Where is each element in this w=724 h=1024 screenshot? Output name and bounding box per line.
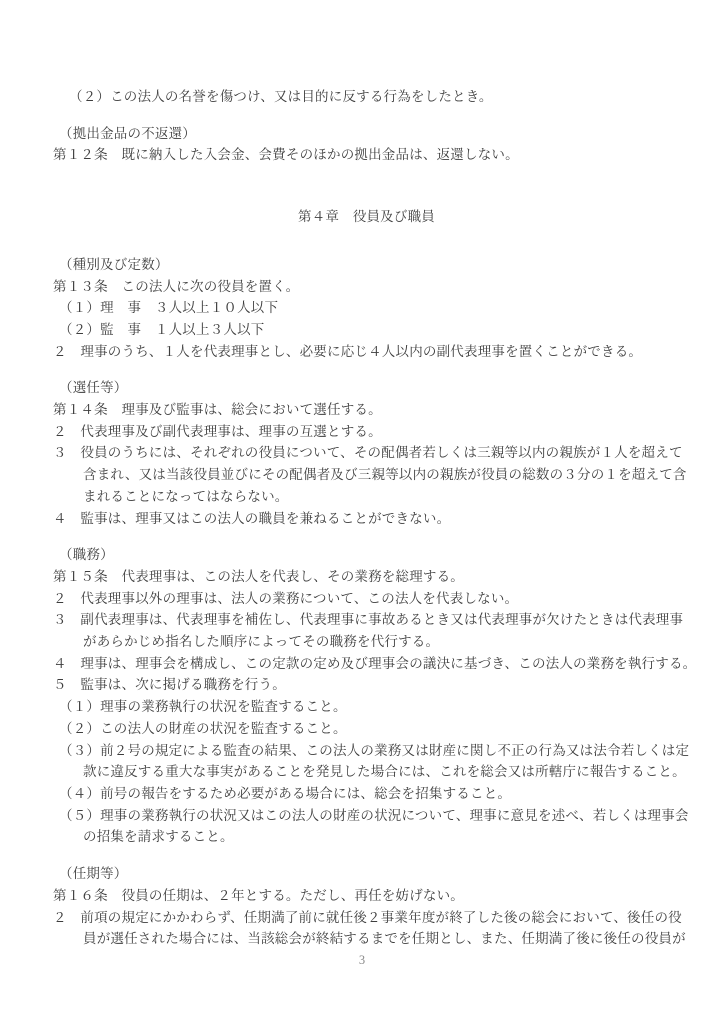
paragraph-line: ３ 役員のうちには、それぞれの役員について、その配偶者若しくは三親等以内の親族が…	[53, 442, 680, 464]
paragraph-line: ４ 理事は、理事会を構成し、この定款の定め及び理事会の議決に基づき、この法人の業…	[53, 653, 680, 675]
item-line: （１）理事の業務執行の状況を監査すること。	[59, 696, 680, 718]
article-line: 第１４条 理事及び監事は、総会において選任する。	[53, 399, 680, 421]
paragraph-line: ２ 前項の規定にかかわらず、任期満了前に就任後２事業年度が終了した後の総会におい…	[53, 907, 680, 929]
item-line: （３）前２号の規定による監査の結果、この法人の業務又は財産に関し不正の行為又は法…	[59, 740, 680, 762]
document-page: （２）この法人の名誉を傷つけ、又は目的に反する行為をしたとき。（拠出金品の不返還…	[0, 0, 724, 1024]
article-line: 第１３条 この法人に次の役員を置く。	[53, 276, 680, 298]
item-line: （５）理事の業務執行の状況又はこの法人の財産の状況について、理事に意見を述べ、若…	[59, 805, 680, 827]
item-line: （１）理 事 ３人以上１０人以下	[59, 297, 680, 319]
paragraph-continuation-line: まれることになってはならない。	[53, 486, 680, 508]
item-line: （２）監 事 １人以上３人以下	[59, 319, 680, 341]
paragraph-continuation-line: があらかじめ指名した順序によってその職務を代行する。	[53, 631, 680, 653]
paragraph-continuation-line: 員が選任された場合には、当該総会が終結するまでを任期とし、また、任期満了後に後任…	[53, 928, 680, 950]
document-body: （２）この法人の名誉を傷つけ、又は目的に反する行為をしたとき。（拠出金品の不返還…	[0, 0, 724, 950]
section-caption: （拠出金品の不返還）	[59, 123, 680, 145]
paragraph-line: ２ 代表理事以外の理事は、法人の業務について、この法人を代表しない。	[53, 588, 680, 610]
chapter-heading: 第４章 役員及び職員	[53, 206, 680, 228]
item-line: （２）この法人の財産の状況を監査すること。	[59, 718, 680, 740]
item-continuation-line: 款に違反する重大な事実があることを発見した場合には、これを総会又は所轄庁に報告す…	[59, 761, 680, 783]
section-caption: （選任等）	[59, 377, 680, 399]
paragraph-line: ３ 副代表理事は、代表理事を補佐し、代表理事に事故あるとき又は代表理事が欠けたと…	[53, 609, 680, 631]
item-continuation-line: の招集を請求すること。	[59, 826, 680, 848]
item-line: （２）この法人の名誉を傷つけ、又は目的に反する行為をしたとき。	[69, 86, 680, 108]
page-number: 3	[0, 951, 724, 969]
section-caption: （任期等）	[59, 863, 680, 885]
article-line: 第１２条 既に納入した入会金、会費そのほかの拠出金品は、返還しない。	[53, 144, 680, 166]
item-line: （４）前号の報告をするため必要がある場合には、総会を招集すること。	[59, 783, 680, 805]
paragraph-line: ５ 監事は、次に掲げる職務を行う。	[53, 674, 680, 696]
paragraph-continuation-line: 含まれ、又は当該役員並びにその配偶者及び三親等以内の親族が役員の総数の３分の１を…	[53, 464, 680, 486]
section-caption: （種別及び定数）	[59, 254, 680, 276]
paragraph-line: ２ 理事のうち、１人を代表理事とし、必要に応じ４人以内の副代表理事を置くことがで…	[53, 341, 680, 363]
paragraph-line: ４ 監事は、理事又はこの法人の職員を兼ねることができない。	[53, 508, 680, 530]
article-line: 第１５条 代表理事は、この法人を代表し、その業務を総理する。	[53, 566, 680, 588]
article-line: 第１６条 役員の任期は、２年とする。ただし、再任を妨げない。	[53, 885, 680, 907]
section-caption: （職務）	[59, 544, 680, 566]
paragraph-line: ２ 代表理事及び副代表理事は、理事の互選とする。	[53, 421, 680, 443]
